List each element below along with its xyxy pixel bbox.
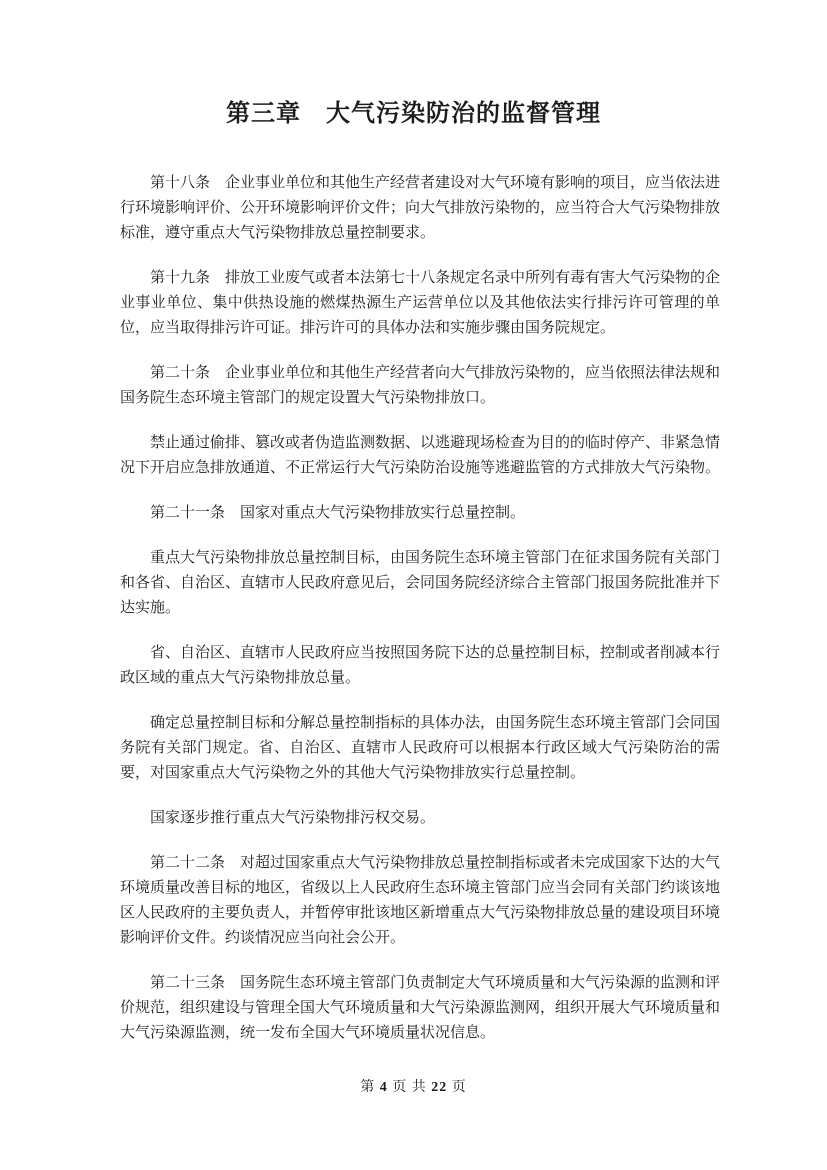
- law-paragraph-article-21-continued-2: 省、自治区、直辖市人民政府应当按照国务院下达的总量控制目标，控制或者削减本行政区…: [120, 641, 720, 691]
- law-paragraph-article-18: 第十八条 企业事业单位和其他生产经营者建设对大气环境有影响的项目，应当依法进行环…: [120, 171, 720, 246]
- law-paragraph-article-21: 第二十一条 国家对重点大气污染物排放实行总量控制。: [120, 501, 720, 526]
- page-footer: 第 4 页 共 22 页: [0, 1079, 827, 1097]
- footer-current-page-number: 4: [380, 1080, 388, 1095]
- law-paragraph-article-23: 第二十三条 国务院生态环境主管部门负责制定大气环境质量和大气污染源的监测和评价规…: [120, 971, 720, 1046]
- document-page: 第三章 大气污染防治的监督管理 第十八条 企业事业单位和其他生产经营者建设对大气…: [0, 0, 827, 1170]
- law-paragraph-article-20-continued: 禁止通过偷排、篡改或者伪造监测数据、以逃避现场检查为目的的临时停产、非紧急情况下…: [120, 431, 720, 481]
- law-paragraph-article-20: 第二十条 企业事业单位和其他生产经营者向大气排放污染物的，应当依照法律法规和国务…: [120, 361, 720, 411]
- footer-suffix: 页: [452, 1080, 467, 1095]
- law-paragraph-article-22: 第二十二条 对超过国家重点大气污染物排放总量控制指标或者未完成国家下达的大气环境…: [120, 851, 720, 951]
- law-paragraph-article-21-continued-3: 确定总量控制目标和分解总量控制指标的具体办法，由国务院生态环境主管部门会同国务院…: [120, 711, 720, 786]
- law-paragraph-article-19: 第十九条 排放工业废气或者本法第七十八条规定名录中所列有毒有害大气污染物的企业事…: [120, 266, 720, 341]
- document-body: 第十八条 企业事业单位和其他生产经营者建设对大气环境有影响的项目，应当依法进行环…: [120, 171, 720, 1046]
- chapter-title: 第三章 大气污染防治的监督管理: [0, 0, 827, 126]
- law-paragraph-article-21-continued-4: 国家逐步推行重点大气污染物排污权交易。: [120, 806, 720, 831]
- footer-infix: 页 共: [392, 1080, 427, 1095]
- law-paragraph-article-21-continued-1: 重点大气污染物排放总量控制目标，由国务院生态环境主管部门在征求国务院有关部门和各…: [120, 546, 720, 621]
- footer-prefix: 第: [360, 1080, 375, 1095]
- footer-total-pages-number: 22: [431, 1080, 447, 1095]
